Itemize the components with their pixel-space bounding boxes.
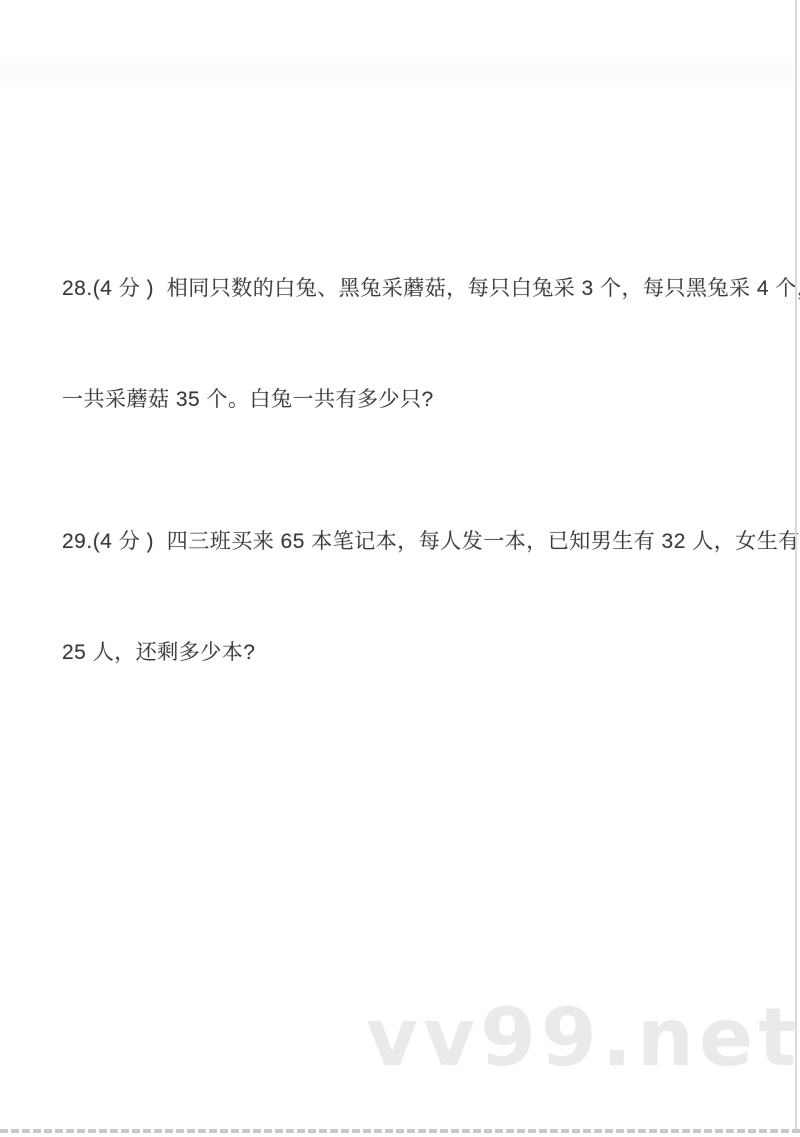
question-28-line-2: 一共采蘑菇 35 个。白兔一共有多少只? bbox=[62, 381, 800, 418]
scan-artifact-band bbox=[0, 62, 800, 86]
page-right-border bbox=[795, 0, 797, 1131]
worksheet-page: 28.(4 分 ) 相同只数的白兔、黑兔采蘑菇，每只白兔采 3 个，每只黑兔采 … bbox=[0, 0, 800, 1137]
question-29-line-2: 25 人，还剩多少本? bbox=[62, 634, 800, 671]
site-watermark: vv99.net bbox=[366, 998, 800, 1078]
question-29: 29.(4 分 ) 四三班买来 65 本笔记本，每人发一本，已知男生有 32 人… bbox=[62, 449, 800, 745]
question-28: 28.(4 分 ) 相同只数的白兔、黑兔采蘑菇，每只白兔采 3 个，每只黑兔采 … bbox=[62, 196, 800, 492]
question-28-line-1: 28.(4 分 ) 相同只数的白兔、黑兔采蘑菇，每只白兔采 3 个，每只黑兔采 … bbox=[62, 270, 800, 307]
question-29-line-1: 29.(4 分 ) 四三班买来 65 本笔记本，每人发一本，已知男生有 32 人… bbox=[62, 523, 800, 560]
bottom-dashed-line bbox=[0, 1129, 800, 1133]
